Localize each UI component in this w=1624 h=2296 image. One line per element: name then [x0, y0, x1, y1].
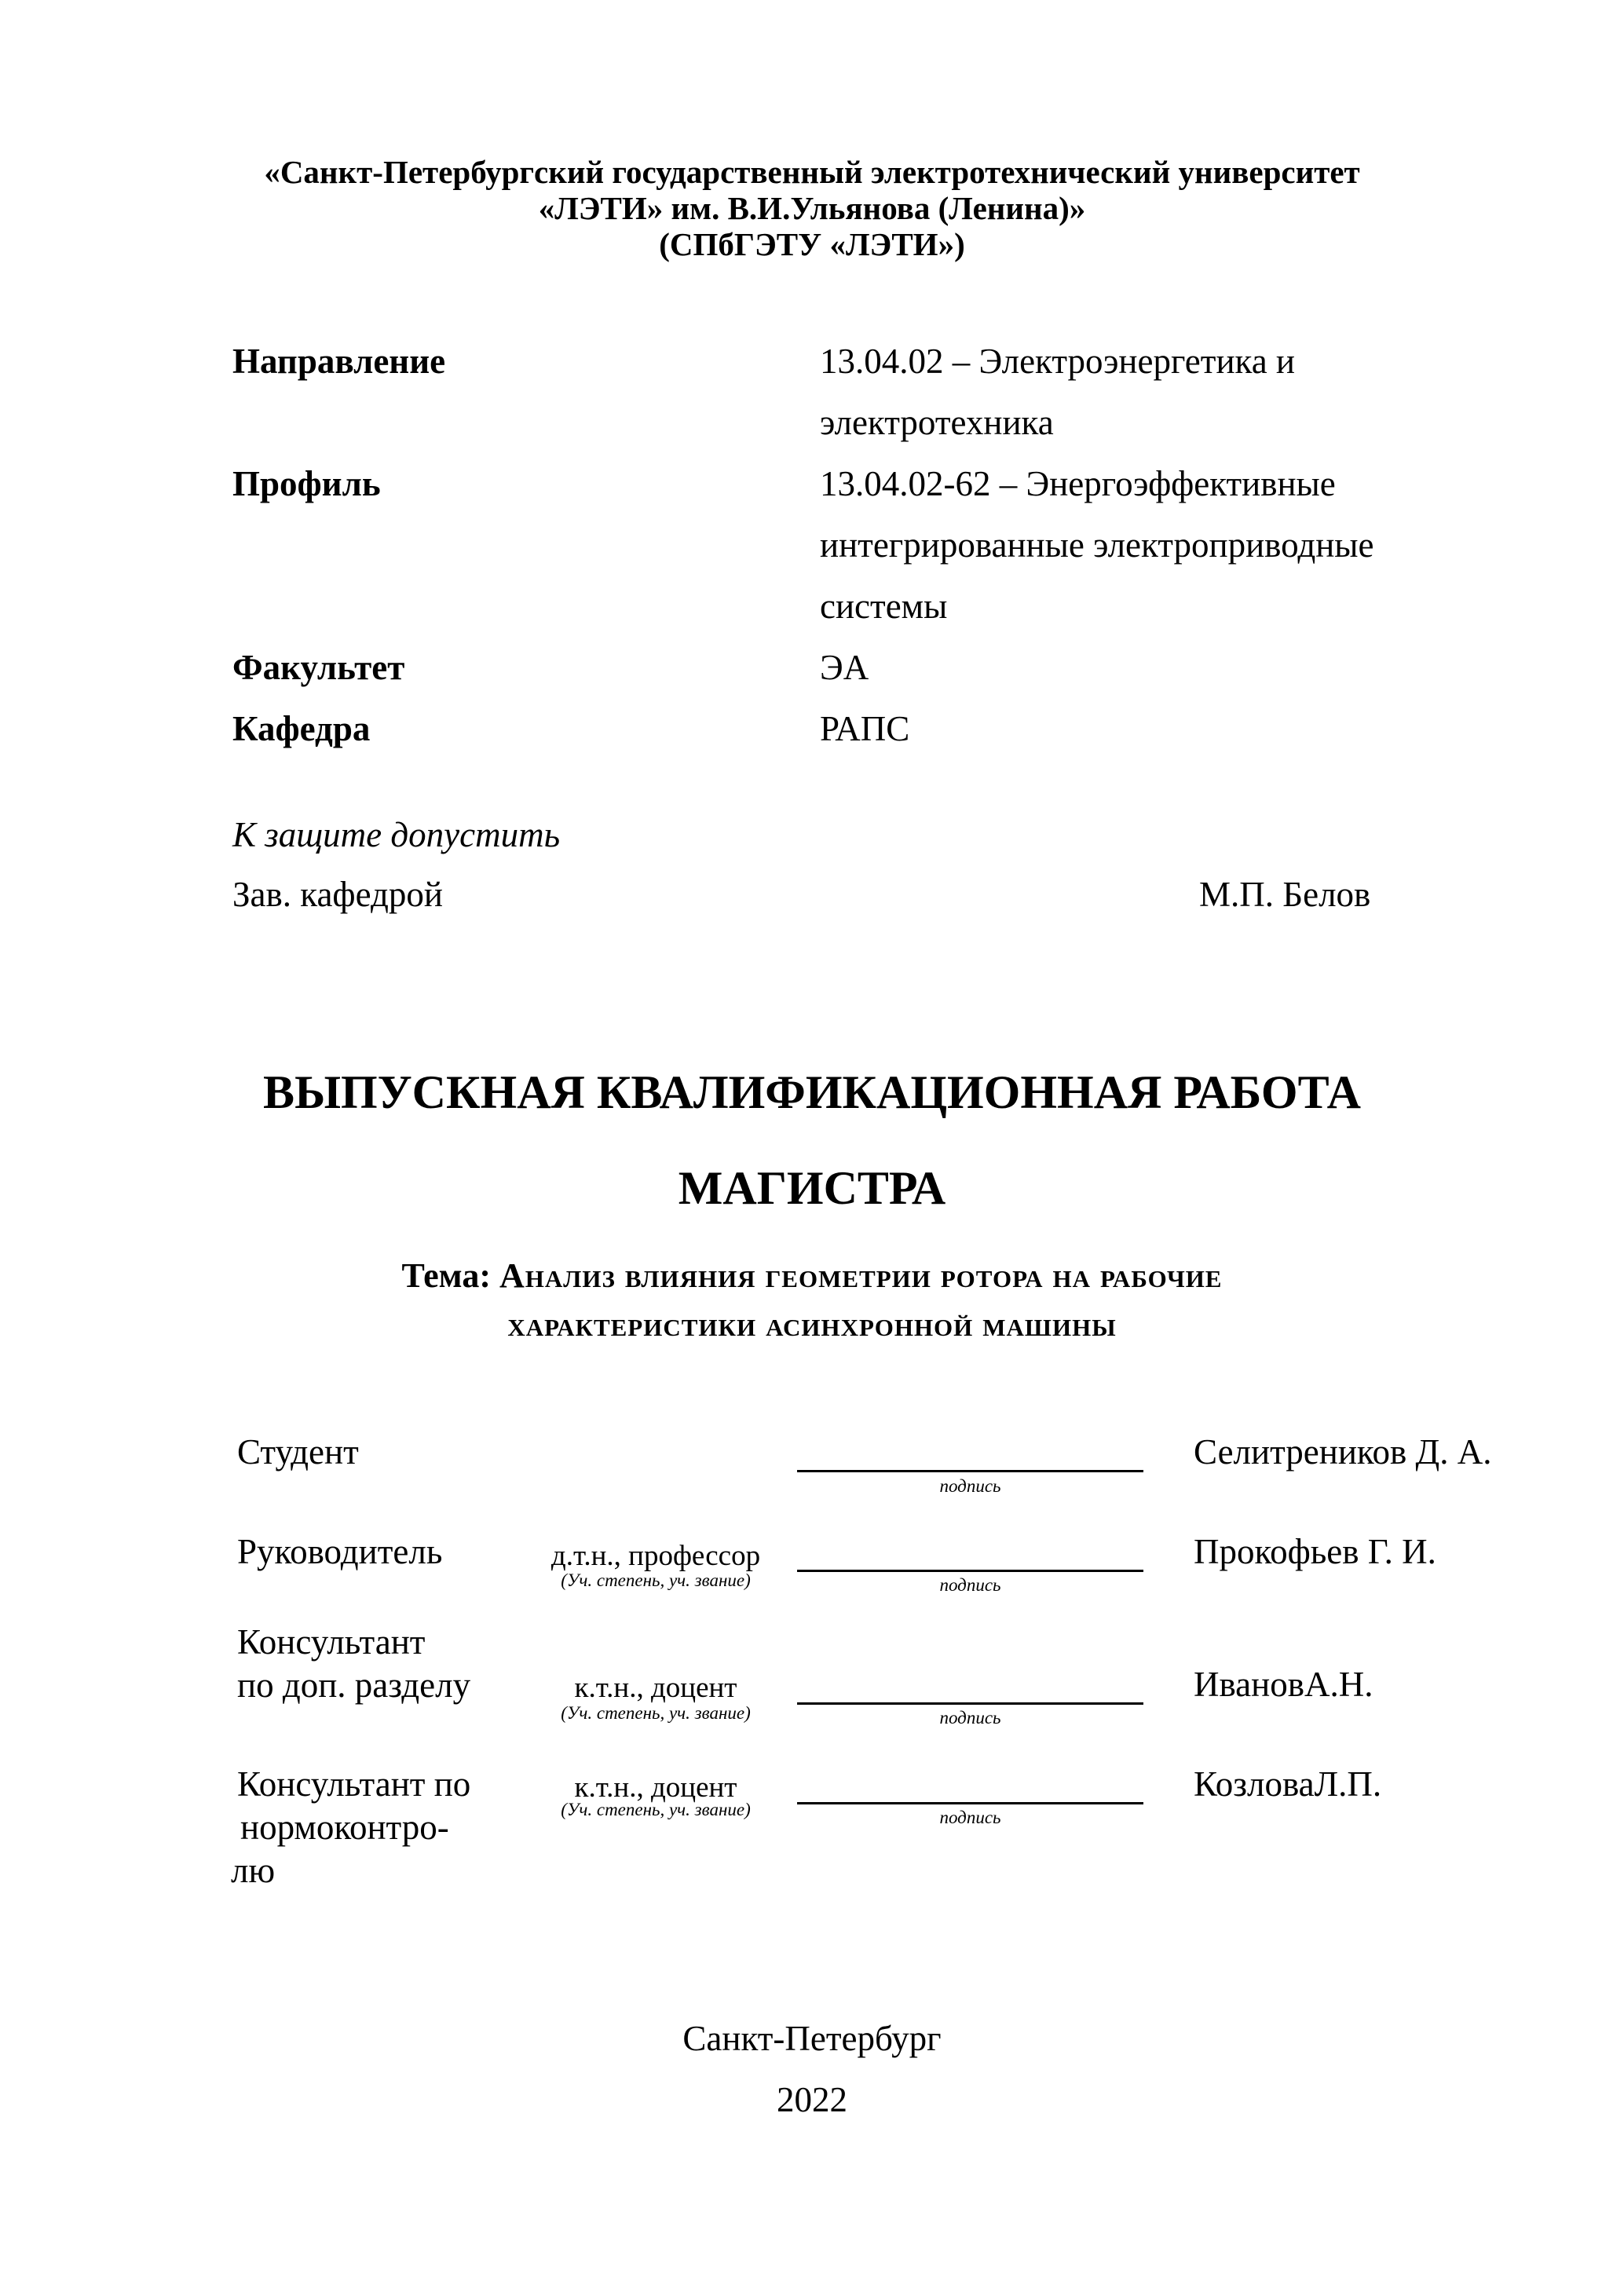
university-header: «Санкт-Петербургский государственный эле… [0, 154, 1624, 262]
consultant-section-signature-line [797, 1702, 1143, 1705]
direction-label: Направление [232, 331, 445, 392]
supervisor-role-label: Руководитель [237, 1530, 442, 1574]
topic-line-1: Анализ влияния геометрии ротора на рабоч… [499, 1256, 1222, 1295]
defense-approval-note: К защите допустить [232, 804, 560, 865]
consultant-normcontrol-name: КозловаЛ.П. [1194, 1763, 1381, 1806]
direction-value-line-2: электротехника [820, 392, 1464, 453]
consultant-normcontrol-signature-line [797, 1802, 1143, 1804]
consultant-normcontrol-role-line-2: нормоконтро- [240, 1806, 470, 1849]
university-name-line-1: «Санкт-Петербургский государственный эле… [0, 154, 1624, 190]
head-of-department-name: М.П. Белов [1199, 864, 1370, 925]
consultant-section-degree: к.т.н., доцент [526, 1673, 785, 1704]
thesis-title-line-2: МАГИСТРА [0, 1140, 1624, 1236]
supervisor-degree-hint: (Уч. степень, уч. звание) [526, 1570, 785, 1591]
direction-value: 13.04.02 – Электроэнергетика и электроте… [820, 331, 1464, 453]
city: Санкт-Петербург [0, 2018, 1624, 2059]
consultant-section-role-line-1: Консультант [237, 1621, 470, 1664]
thesis-title-line-1: ВЫПУСКНАЯ КВАЛИФИКАЦИОННАЯ РАБОТА [0, 1044, 1624, 1140]
faculty-label: Факультет [232, 637, 404, 698]
profile-value-line-1: 13.04.02-62 – Энергоэффективные [820, 453, 1464, 514]
department-label: Кафедра [232, 698, 370, 759]
supervisor-name: Прокофьев Г. И. [1194, 1530, 1436, 1574]
profile-label: Профиль [232, 453, 381, 514]
supervisor-signature-hint: подпись [797, 1575, 1143, 1596]
student-name: Селитреников Д. А. [1194, 1431, 1491, 1474]
consultant-normcontrol-role-line-1: Консультант по [237, 1763, 470, 1806]
consultant-normcontrol-degree-hint: (Уч. степень, уч. звание) [526, 1800, 785, 1820]
student-signature-hint: подпись [797, 1476, 1143, 1497]
direction-value-line-1: 13.04.02 – Электроэнергетика и [820, 331, 1464, 392]
department-value: РАПС [820, 698, 1464, 759]
profile-value-line-2: интегрированные электроприводные [820, 514, 1464, 576]
profile-value: 13.04.02-62 – Энергоэффективные интегрир… [820, 453, 1464, 637]
consultant-normcontrol-role-line-3: лю [231, 1849, 470, 1892]
consultant-normcontrol-signature-hint: подпись [797, 1808, 1143, 1828]
topic-prefix: Тема: [401, 1256, 491, 1295]
consultant-section-role-label: Консультант по доп. разделу [237, 1621, 470, 1707]
consultant-section-role-line-2: по доп. разделу [237, 1664, 470, 1707]
thesis-topic: Тема: Анализ влияния геометрии ротора на… [0, 1252, 1624, 1349]
consultant-section-signature-hint: подпись [797, 1708, 1143, 1728]
consultant-section-degree-hint: (Уч. степень, уч. звание) [526, 1703, 785, 1724]
faculty-value: ЭА [820, 637, 1464, 698]
university-name-line-2: «ЛЭТИ» им. В.И.Ульянова (Ленина)» [0, 190, 1624, 226]
year: 2022 [0, 2079, 1624, 2120]
consultant-section-name: ИвановА.Н. [1194, 1663, 1373, 1706]
consultant-normcontrol-role-label: Консультант по нормоконтро- лю [237, 1763, 470, 1892]
consultant-normcontrol-degree: к.т.н., доцент [526, 1772, 785, 1804]
student-signature-line [797, 1470, 1143, 1472]
university-abbreviation: (СПбГЭТУ «ЛЭТИ») [0, 226, 1624, 262]
supervisor-signature-line [797, 1570, 1143, 1572]
topic-line-2: характеристики асинхронной машины [507, 1305, 1116, 1344]
head-of-department-label: Зав. кафедрой [232, 864, 443, 925]
student-role-label: Студент [237, 1431, 359, 1474]
thesis-title: ВЫПУСКНАЯ КВАЛИФИКАЦИОННАЯ РАБОТА МАГИСТ… [0, 1044, 1624, 1236]
profile-value-line-3: системы [820, 576, 1464, 637]
supervisor-degree: д.т.н., профессор [526, 1541, 785, 1572]
